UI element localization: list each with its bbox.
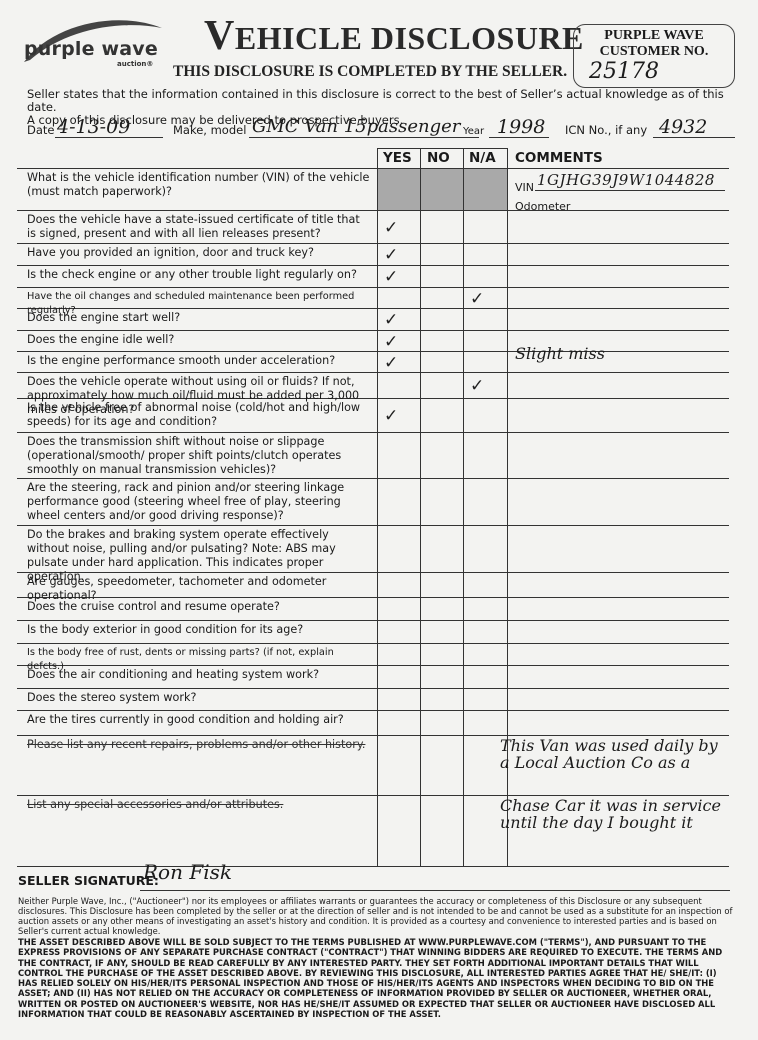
answer-cell-no[interactable]: [421, 689, 463, 710]
answer-cell-yes[interactable]: ✓: [378, 211, 420, 243]
answer-cell-yes[interactable]: ✓: [378, 266, 420, 287]
answer-cell-yes[interactable]: [378, 689, 420, 710]
logo-subtext: auction®: [117, 60, 153, 68]
year-field[interactable]: 1998: [497, 117, 545, 137]
answer-cell-na[interactable]: [464, 526, 506, 572]
answer-cell-na[interactable]: ✓: [464, 373, 506, 398]
checkmark-icon: ✓: [470, 376, 484, 396]
answer-cell-na[interactable]: [464, 399, 506, 432]
answer-cell-no[interactable]: [421, 711, 463, 735]
answer-cell-yes[interactable]: [378, 288, 420, 308]
question-text: Is the check engine or any other trouble…: [27, 268, 372, 282]
seller-signature-label: SELLER SIGNATURE:: [18, 873, 159, 888]
comment-field[interactable]: This Van was used daily by a Local Aucti…: [500, 737, 730, 771]
question-text: Does the engine idle well?: [27, 333, 372, 347]
question-text: Please list any recent repairs, problems…: [27, 738, 372, 752]
answer-cell-no[interactable]: [421, 621, 463, 643]
row-divider: [17, 265, 729, 266]
make-model-label: Make, model: [173, 123, 246, 137]
row-divider: [17, 372, 729, 373]
answer-cell-yes[interactable]: [378, 644, 420, 665]
answer-cell-na[interactable]: [464, 266, 506, 287]
odometer-field[interactable]: [573, 210, 725, 211]
answer-cell-no: [421, 169, 463, 210]
answer-cell-no[interactable]: [421, 309, 463, 330]
row-divider: [17, 432, 729, 433]
answer-cell-yes[interactable]: [378, 373, 420, 398]
answer-cell-no[interactable]: [421, 479, 463, 525]
vin-field[interactable]: 1GJHG39J9W1044828: [537, 171, 715, 189]
row-divider: [17, 866, 729, 867]
customer-number-box: PURPLE WAVECUSTOMER NO. 25178: [573, 24, 735, 88]
date-label: Date: [27, 123, 55, 137]
answer-cell-yes[interactable]: [378, 621, 420, 643]
answer-cell-na[interactable]: [464, 598, 506, 620]
date-field[interactable]: 4-13-09: [57, 117, 130, 137]
answer-cell-na[interactable]: [464, 573, 506, 597]
row-divider: [17, 688, 729, 689]
answer-cell-na[interactable]: [464, 309, 506, 330]
answer-cell-no[interactable]: [421, 433, 463, 478]
question-text: Is the vehicle free of abnormal noise (c…: [27, 401, 372, 429]
row-divider: [17, 710, 729, 711]
question-text: Does the transmission shift without nois…: [27, 435, 372, 477]
answer-cell-yes[interactable]: ✓: [378, 399, 420, 432]
row-divider: [17, 287, 729, 288]
answer-cell-no[interactable]: [421, 373, 463, 398]
col-header-yes: YES: [383, 150, 412, 166]
question-text: Does the vehicle have a state-issued cer…: [27, 213, 372, 241]
answer-cell-na[interactable]: [464, 621, 506, 643]
answer-cell-na: [464, 169, 506, 210]
answer-cell-no[interactable]: [421, 598, 463, 620]
question-text: What is the vehicle identification numbe…: [27, 171, 372, 199]
answer-cell-na[interactable]: [464, 711, 506, 735]
answer-cell-yes[interactable]: [378, 711, 420, 735]
comment-field[interactable]: Slight miss: [515, 345, 745, 362]
answer-cell-no[interactable]: [421, 288, 463, 308]
row-divider: [17, 330, 729, 331]
answer-cell-na[interactable]: [464, 666, 506, 688]
question-text: Are the steering, rack and pinion and/or…: [27, 481, 372, 523]
answer-cell-no[interactable]: [421, 796, 463, 866]
col-header-no: NO: [427, 150, 450, 166]
question-text: Are gauges, speedometer, tachometer and …: [27, 575, 372, 603]
answer-cell-na[interactable]: [464, 244, 506, 265]
answer-cell-no[interactable]: [421, 352, 463, 372]
answer-cell-no[interactable]: [421, 736, 463, 795]
header-line: [377, 148, 507, 149]
question-text: Does the engine start well?: [27, 311, 372, 325]
disclaimer-text: Neither Purple Wave, Inc., ("Auctioneer"…: [18, 896, 733, 936]
question-text: Does the air conditioning and heating sy…: [27, 668, 372, 682]
answer-cell-yes[interactable]: [378, 526, 420, 572]
answer-cell-no[interactable]: [421, 211, 463, 243]
answer-cell-na[interactable]: [464, 689, 506, 710]
logo-text: purple wave: [24, 38, 158, 60]
question-text: Are the tires currently in good conditio…: [27, 713, 372, 727]
question-text: Is the body exterior in good condition f…: [27, 623, 372, 637]
year-label: Year: [463, 126, 484, 137]
customer-number-value[interactable]: 25178: [589, 59, 659, 84]
row-divider: [17, 243, 729, 244]
answer-cell-yes[interactable]: [378, 433, 420, 478]
answer-cell-na[interactable]: [464, 433, 506, 478]
answer-cell-yes[interactable]: ✓: [378, 244, 420, 265]
answer-cell-yes[interactable]: ✓: [378, 331, 420, 351]
checkmark-icon: ✓: [384, 267, 398, 287]
col-header-na: N/A: [469, 150, 496, 166]
answer-cell-na[interactable]: [464, 211, 506, 243]
checkmark-icon: ✓: [470, 289, 484, 309]
checkmark-icon: ✓: [384, 218, 398, 238]
question-text: Is the engine performance smooth under a…: [27, 354, 372, 368]
checkmark-icon: ✓: [384, 332, 398, 352]
checkmark-icon: ✓: [384, 310, 398, 330]
row-divider: [17, 525, 729, 526]
odometer-label: Odometer: [515, 200, 570, 213]
answer-cell-yes[interactable]: [378, 796, 420, 866]
answer-cell-no[interactable]: [421, 244, 463, 265]
icn-label: ICN No., if any: [565, 123, 647, 137]
answer-cell-yes[interactable]: [378, 666, 420, 688]
question-text: Have you provided an ignition, door and …: [27, 246, 372, 260]
row-divider: [17, 168, 729, 169]
page-subtitle: THIS DISCLOSURE IS COMPLETED BY THE SELL…: [173, 63, 567, 81]
answer-cell-no[interactable]: [421, 573, 463, 597]
row-divider: [17, 620, 729, 621]
page-title: VEHICLE DISCLOSURE: [204, 12, 584, 60]
answer-cell-yes[interactable]: ✓: [378, 309, 420, 330]
answer-cell-yes[interactable]: [378, 736, 420, 795]
col-header-comments: COMMENTS: [515, 150, 603, 166]
purple-wave-logo: purple wave auction®: [22, 14, 172, 64]
answer-cell-no[interactable]: [421, 666, 463, 688]
answer-cell-no[interactable]: [421, 526, 463, 572]
question-text: List any special accessories and/or attr…: [27, 798, 372, 812]
comment-field[interactable]: Chase Car it was in service until the da…: [500, 797, 730, 831]
answer-cell-yes[interactable]: ✓: [378, 352, 420, 372]
answer-cell-no[interactable]: [421, 331, 463, 351]
make-model-field[interactable]: GMC Van 15passenger: [252, 117, 460, 137]
legal-terms-text: THE ASSET DESCRIBED ABOVE WILL BE SOLD S…: [18, 937, 733, 1019]
question-text: Does the cruise control and resume opera…: [27, 600, 372, 614]
answer-cell-na[interactable]: ✓: [464, 288, 506, 308]
seller-signature-field[interactable]: Ron Fisk: [143, 860, 232, 884]
answer-cell-yes: [378, 169, 420, 210]
answer-cell-yes[interactable]: [378, 598, 420, 620]
checkmark-icon: ✓: [384, 245, 398, 265]
vehicle-disclosure-form: purple wave auction® VEHICLE DISCLOSURE …: [0, 0, 758, 1040]
answer-cell-na[interactable]: [464, 331, 506, 351]
question-text: Does the stereo system work?: [27, 691, 372, 705]
vin-label: VIN: [515, 181, 534, 194]
answer-cell-no[interactable]: [421, 644, 463, 665]
checkmark-icon: ✓: [384, 406, 398, 426]
row-divider: [17, 643, 729, 644]
answer-cell-na[interactable]: [464, 479, 506, 525]
row-divider: [17, 478, 729, 479]
answer-cell-yes[interactable]: [378, 479, 420, 525]
answer-cell-no[interactable]: [421, 399, 463, 432]
answer-cell-yes[interactable]: [378, 573, 420, 597]
vehicle-info-row: Date 4-13-09 Make, model GMC Van 15passe…: [27, 118, 747, 140]
icn-field[interactable]: 4932: [659, 117, 707, 137]
answer-cell-no[interactable]: [421, 266, 463, 287]
answer-cell-na[interactable]: [464, 644, 506, 665]
answer-cell-na[interactable]: [464, 352, 506, 372]
checkmark-icon: ✓: [384, 353, 398, 373]
